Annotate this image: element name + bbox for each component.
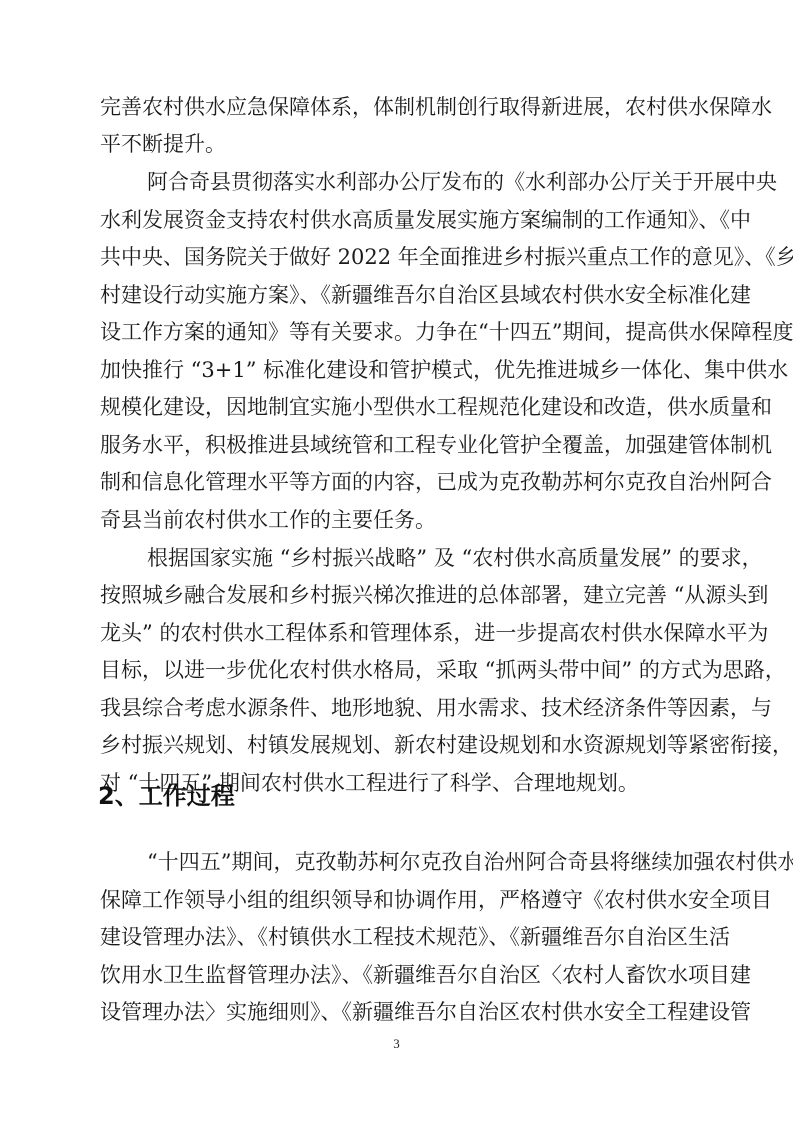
text-line: 建设管理办法》、《村镇供水工程技术规范》、《新疆维吾尔自治区生活 [100,922,694,952]
text-line: 阿合奇县贯彻落实水利部办公厅发布的《水利部办公厅关于开展中央 [147,167,694,197]
text-line: 水利发展资金支持农村供水高质量发展实施方案编制的工作通知》、《中 [100,205,694,235]
text-line: 目标，以进一步优化农村供水格局，采取 “抓两头带中间” 的方式为思路， [100,655,694,685]
text-line: 保障工作领导小组的组织领导和协调作用，严格遵守《农村供水安全项目 [100,885,694,915]
page-number: 3 [0,1036,793,1052]
text-line: 龙头” 的农村供水工程体系和管理体系，进一步提高农村供水保障水平为 [100,618,694,648]
section-heading: 2、工作过程 [98,780,235,812]
text-line: 饮用水卫生监督管理办法》、《新疆维吾尔自治区〈农村人畜饮水项目建 [100,960,694,990]
text-line: 设管理办法〉实施细则》、《新疆维吾尔自治区农村供水安全工程建设管 [100,997,694,1027]
text-line: 规模化建设，因地制宜实施小型供水工程规范化建设和改造，供水质量和 [100,392,694,422]
text-line: 乡村振兴规划、村镇发展规划、新农村建设规划和水资源规划等紧密衔接， [100,730,694,760]
document-page: 完善农村供水应急保障体系，体制机制创行取得新进展，农村供水保障水 平不断提升。 … [0,0,793,1122]
text-line: “十四五”期间，克孜勒苏柯尔克孜自治州阿合奇县将继续加强农村供水 [147,847,694,877]
text-line: 村建设行动实施方案》、《新疆维吾尔自治区县域农村供水安全标准化建 [100,280,694,310]
text-line: 奇县当前农村供水工作的主要任务。 [100,505,694,535]
text-line: 加快推行 “3+1” 标准化建设和管护模式，优先推进城乡一体化、集中供水 [100,355,694,385]
text-line: 根据国家实施 “乡村振兴战略” 及 “农村供水高质量发展” 的要求， [147,543,694,573]
text-line: 共中央、国务院关于做好 2022 年全面推进乡村振兴重点工作的意见》、《乡 [100,242,694,272]
text-line: 制和信息化管理水平等方面的内容，已成为克孜勒苏柯尔克孜自治州阿合 [100,467,694,497]
text-line: 设工作方案的通知》等有关要求。力争在“十四五”期间，提高供水保障程度、 [100,317,694,347]
text-line: 我县综合考虑水源条件、地形地貌、用水需求、技术经济条件等因素，与 [100,693,694,723]
text-line: 平不断提升。 [100,129,694,159]
text-line: 按照城乡融合发展和乡村振兴梯次推进的总体部署，建立完善 “从源头到 [100,580,694,610]
text-line: 完善农村供水应急保障体系，体制机制创行取得新进展，农村供水保障水 [100,92,694,122]
text-line: 服务水平，积极推进县域统管和工程专业化管护全覆盖，加强建管体制机 [100,430,694,460]
